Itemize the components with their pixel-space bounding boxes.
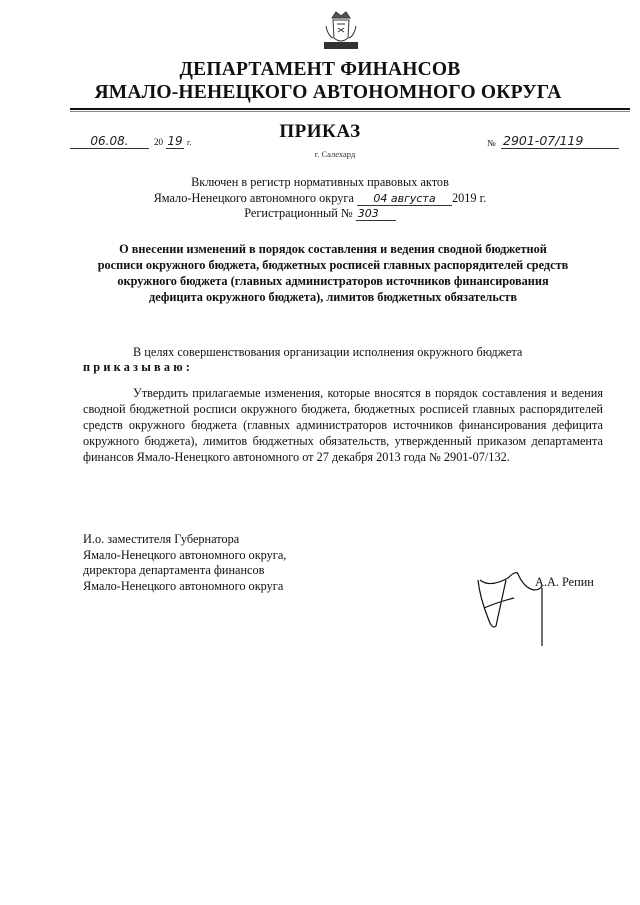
registry-number-handwritten: 303 — [356, 208, 396, 221]
registry-line3: Регистрационный № 303 — [0, 206, 640, 222]
number-sign: № — [487, 138, 496, 148]
registry-date-handwritten: 04 августа — [357, 193, 452, 206]
order-body-paragraph: Утвердить прилагаемые изменения, которые… — [83, 385, 603, 465]
date-year-suffix: 19 — [166, 134, 184, 149]
registry-line2: Ямало-Ненецкого автономного округа 04 ав… — [0, 191, 640, 207]
signer-line3: директора департамента финансов — [83, 563, 286, 579]
date-day-month: 06.08. — [70, 134, 149, 149]
header-divider-thin — [70, 111, 630, 112]
header-divider — [70, 108, 630, 110]
registry-number-label: Регистрационный № — [244, 206, 352, 220]
signer-line2: Ямало-Ненецкого автономного округа, — [83, 548, 286, 564]
signer-name: А.А. Репин — [535, 575, 594, 590]
order-directive-word: приказываю: — [83, 360, 193, 375]
date-year-unit: г. — [187, 138, 191, 147]
city-label: г. Салехард — [0, 149, 640, 159]
department-title-line1: ДЕПАРТАМЕНТ ФИНАНСОВ — [0, 59, 640, 81]
order-number-value: 2901-07/119 — [501, 134, 619, 149]
registry-year: 2019 г. — [452, 191, 486, 205]
registry-line2-prefix: Ямало-Ненецкого автономного округа — [154, 191, 354, 205]
signer-block: И.о. заместителя Губернатора Ямало-Ненец… — [83, 532, 286, 594]
order-title: О внесении изменений в порядок составлен… — [96, 241, 570, 305]
registry-line1: Включен в регистр нормативных правовых а… — [0, 175, 640, 191]
registry-note: Включен в регистр нормативных правовых а… — [0, 175, 640, 222]
signer-line4: Ямало-Ненецкого автономного округа — [83, 579, 286, 595]
date-year-prefix: 20 — [154, 137, 163, 147]
coat-of-arms-emblem-icon — [318, 8, 364, 52]
signer-line1: И.о. заместителя Губернатора — [83, 532, 286, 548]
preamble-paragraph: В целях совершенствования организации ис… — [83, 344, 603, 360]
department-title-line2: ЯМАЛО-НЕНЕЦКОГО АВТОНОМНОГО ОКРУГА — [8, 82, 640, 104]
